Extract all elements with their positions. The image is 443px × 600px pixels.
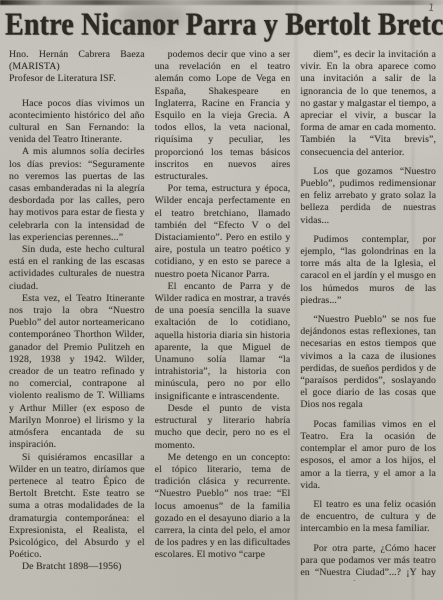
article-columns: Hno. Hernán Cabrera Baeza (MARISTA) Prof… xyxy=(0,39,443,581)
paragraph: Esta vez, el Teatro Itinerante nos trajo… xyxy=(9,293,145,452)
byline-author: Hno. Hernán Cabrera Baeza (MARISTA) xyxy=(9,49,145,73)
paragraph: Desde el punto de vista estructural y li… xyxy=(155,403,291,452)
byline-role: Profesor de Literatura ISF. xyxy=(9,73,145,85)
paragraph: A mis alumnos solía decirles los días pr… xyxy=(9,146,145,244)
paragraph: El teatro es una feliz ocasión de encuen… xyxy=(300,499,436,536)
paragraph-footnote: De Bratcht 1898—1956) xyxy=(9,561,145,573)
paragraph: podemos decir que vino a ser una revelac… xyxy=(155,49,291,183)
paragraph: diem”, es decir la invitación a vivir. E… xyxy=(300,49,436,159)
paragraph: El encanto de Parra y de Wilder radica e… xyxy=(155,281,291,403)
paragraph: Si quisiéramos encasillar a Wilder en un… xyxy=(9,452,145,562)
paragraph: Por tema, estructura y época, Wilder enc… xyxy=(155,183,291,281)
article-column-2: podemos decir que vino a ser una revelac… xyxy=(155,49,291,581)
paragraph: Pocas familias vimos en el Teatro. Era l… xyxy=(300,419,436,492)
paragraph: “Nuestro Pueblo” se nos fue dejándonos e… xyxy=(300,314,436,412)
paragraph: Los que gozamos “Nuestro Pueblo”, pudimo… xyxy=(300,166,436,227)
article-headline: Entre Nicanor Parra y Bertolt Bretch... xyxy=(0,0,443,44)
paragraph: Pudimos contemplar, por ejemplo, “las go… xyxy=(300,234,436,307)
article-column-3: diem”, es decir la invitación a vivir. E… xyxy=(300,49,436,581)
article-column-1: Hno. Hernán Cabrera Baeza (MARISTA) Prof… xyxy=(9,49,145,581)
paragraph: Me detengo en un concepto: el tópico lit… xyxy=(155,452,291,562)
article-byline: Hno. Hernán Cabrera Baeza (MARISTA) Prof… xyxy=(9,49,145,86)
paragraph: Hace pocos días vivimos un acontecimient… xyxy=(9,98,145,147)
newspaper-clipping-page: 1 Entre Nicanor Parra y Bertolt Bretch..… xyxy=(0,0,443,600)
paragraph: Sin duda, este hecho cultural está en el… xyxy=(9,244,145,293)
paragraph: Por otra parte, ¿Cómo hacer para que pod… xyxy=(300,543,436,581)
